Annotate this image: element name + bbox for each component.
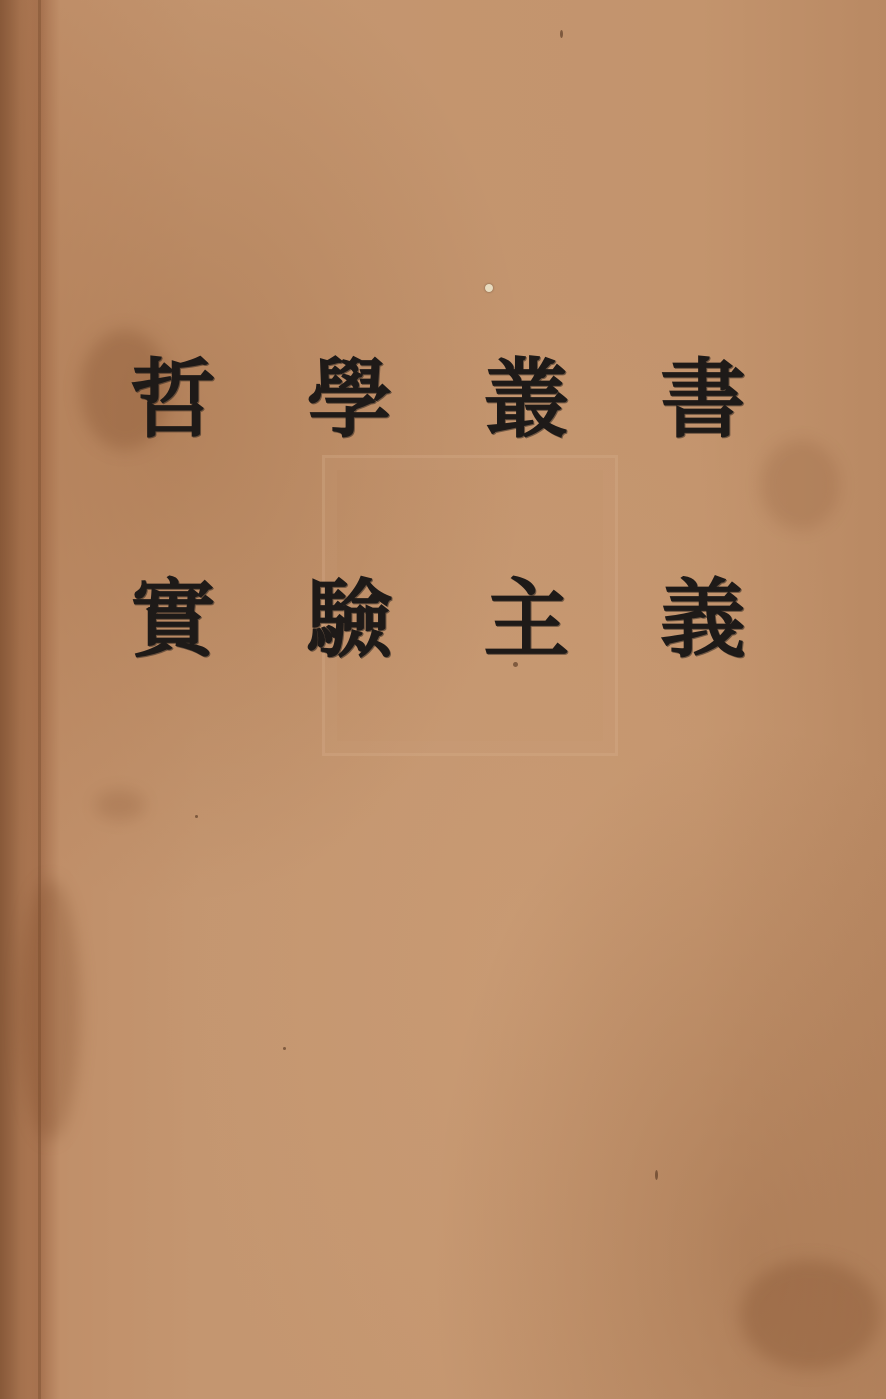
stain — [740, 1260, 880, 1370]
stain — [20, 880, 80, 1140]
speck — [283, 1047, 286, 1050]
stain — [95, 790, 145, 820]
series-title-char: 叢 — [471, 330, 581, 454]
stain — [760, 440, 840, 530]
book-title-char: 實 — [118, 550, 228, 674]
speck — [513, 662, 518, 667]
series-title-char: 哲 — [118, 330, 228, 454]
pin-hole — [485, 284, 493, 292]
series-title-char: 書 — [648, 330, 758, 454]
series-title-char: 學 — [295, 330, 405, 454]
speck — [560, 30, 563, 38]
book-title: 實 驗 主 義 — [118, 550, 758, 674]
speck — [195, 815, 198, 818]
book-title-char: 義 — [648, 550, 758, 674]
spine-crease — [38, 0, 41, 1399]
book-title-char: 主 — [471, 550, 581, 674]
speck — [655, 1170, 658, 1180]
book-cover: 哲 學 叢 書 實 驗 主 義 — [0, 0, 886, 1399]
book-title-char: 驗 — [295, 550, 405, 674]
series-title: 哲 學 叢 書 — [118, 330, 758, 454]
